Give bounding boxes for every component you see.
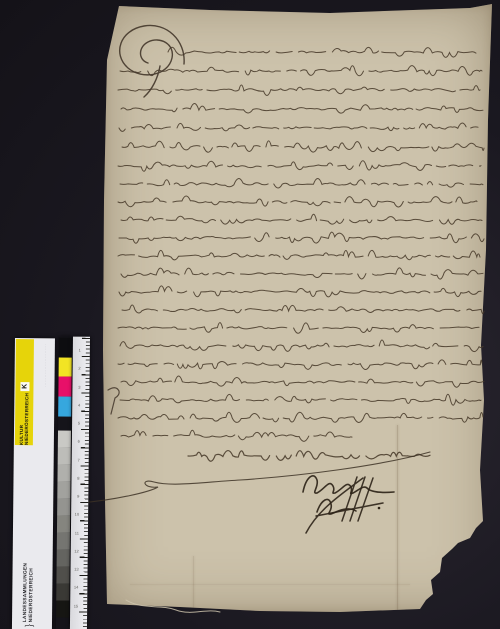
ruler-number: 8 [77, 476, 79, 480]
ruler-number: 5 [78, 422, 80, 426]
paper-crease [130, 584, 410, 585]
ruler-number: 15 [74, 604, 78, 608]
ruler-number: 1 [79, 349, 81, 353]
ruler-number: 11 [75, 531, 79, 535]
calibration-gray-patch [56, 583, 69, 600]
archive-label-card: KULTUR NIEDERÖSTERREICH K ··············… [12, 338, 55, 629]
ruler-strip: 123456789101112131415 [70, 337, 90, 629]
calibration-gray-patch [57, 498, 70, 515]
calibration-gray-patch [58, 447, 71, 464]
kulturpool-logo-icon: K [20, 382, 29, 391]
paper-crease [193, 556, 194, 608]
kultur-noe-brand-rotated: KULTUR NIEDERÖSTERREICH K [15, 341, 34, 445]
calibration-gray-patch [57, 481, 70, 498]
calibration-gray-patch [58, 430, 71, 447]
calibration-gray-patch [56, 600, 69, 617]
paper-vignette [103, 4, 492, 612]
ruler-number: 13 [74, 568, 78, 572]
calibration-gray-patch [57, 532, 70, 549]
owner-line2: NIEDERÖSTERREICH [29, 563, 35, 622]
calibration-color-patch [58, 397, 71, 417]
ruler-number: 2 [78, 367, 80, 371]
ruler-number: 12 [74, 549, 78, 553]
kultur-noe-brand-block: KULTUR NIEDERÖSTERREICH K [15, 339, 34, 445]
calibration-strip: KULTUR NIEDERÖSTERREICH K ··············… [11, 336, 92, 629]
ruler-number: 4 [78, 403, 80, 407]
microtext-illegible: ··························· [41, 344, 49, 430]
calibration-color-patch [58, 377, 71, 397]
ruler-number: 9 [77, 495, 79, 499]
scan-background: KULTUR NIEDERÖSTERREICH K ··············… [0, 0, 500, 629]
calibration-gray-patch [57, 464, 70, 481]
ruler-number: 3 [78, 385, 80, 389]
calibration-gray-patch [57, 515, 70, 532]
calibration-gray-patch [56, 566, 69, 583]
ruler-number: 6 [78, 440, 80, 444]
ruler-number: 10 [75, 513, 79, 517]
brand-line2: NIEDERÖSTERREICH [24, 393, 30, 445]
landessammlungen-label-rotated: } LANDESSAMMLUNGEN NIEDERÖSTERREICH [14, 543, 45, 627]
calibration-gray-patch [57, 549, 70, 566]
calibration-color-patch [59, 337, 72, 357]
brace-glyph: } [23, 624, 34, 627]
calibration-color-patch [59, 357, 72, 377]
ruler-number: 7 [77, 458, 79, 462]
ruler-cm-ticks [79, 338, 90, 629]
ruler-number: 14 [74, 586, 78, 590]
